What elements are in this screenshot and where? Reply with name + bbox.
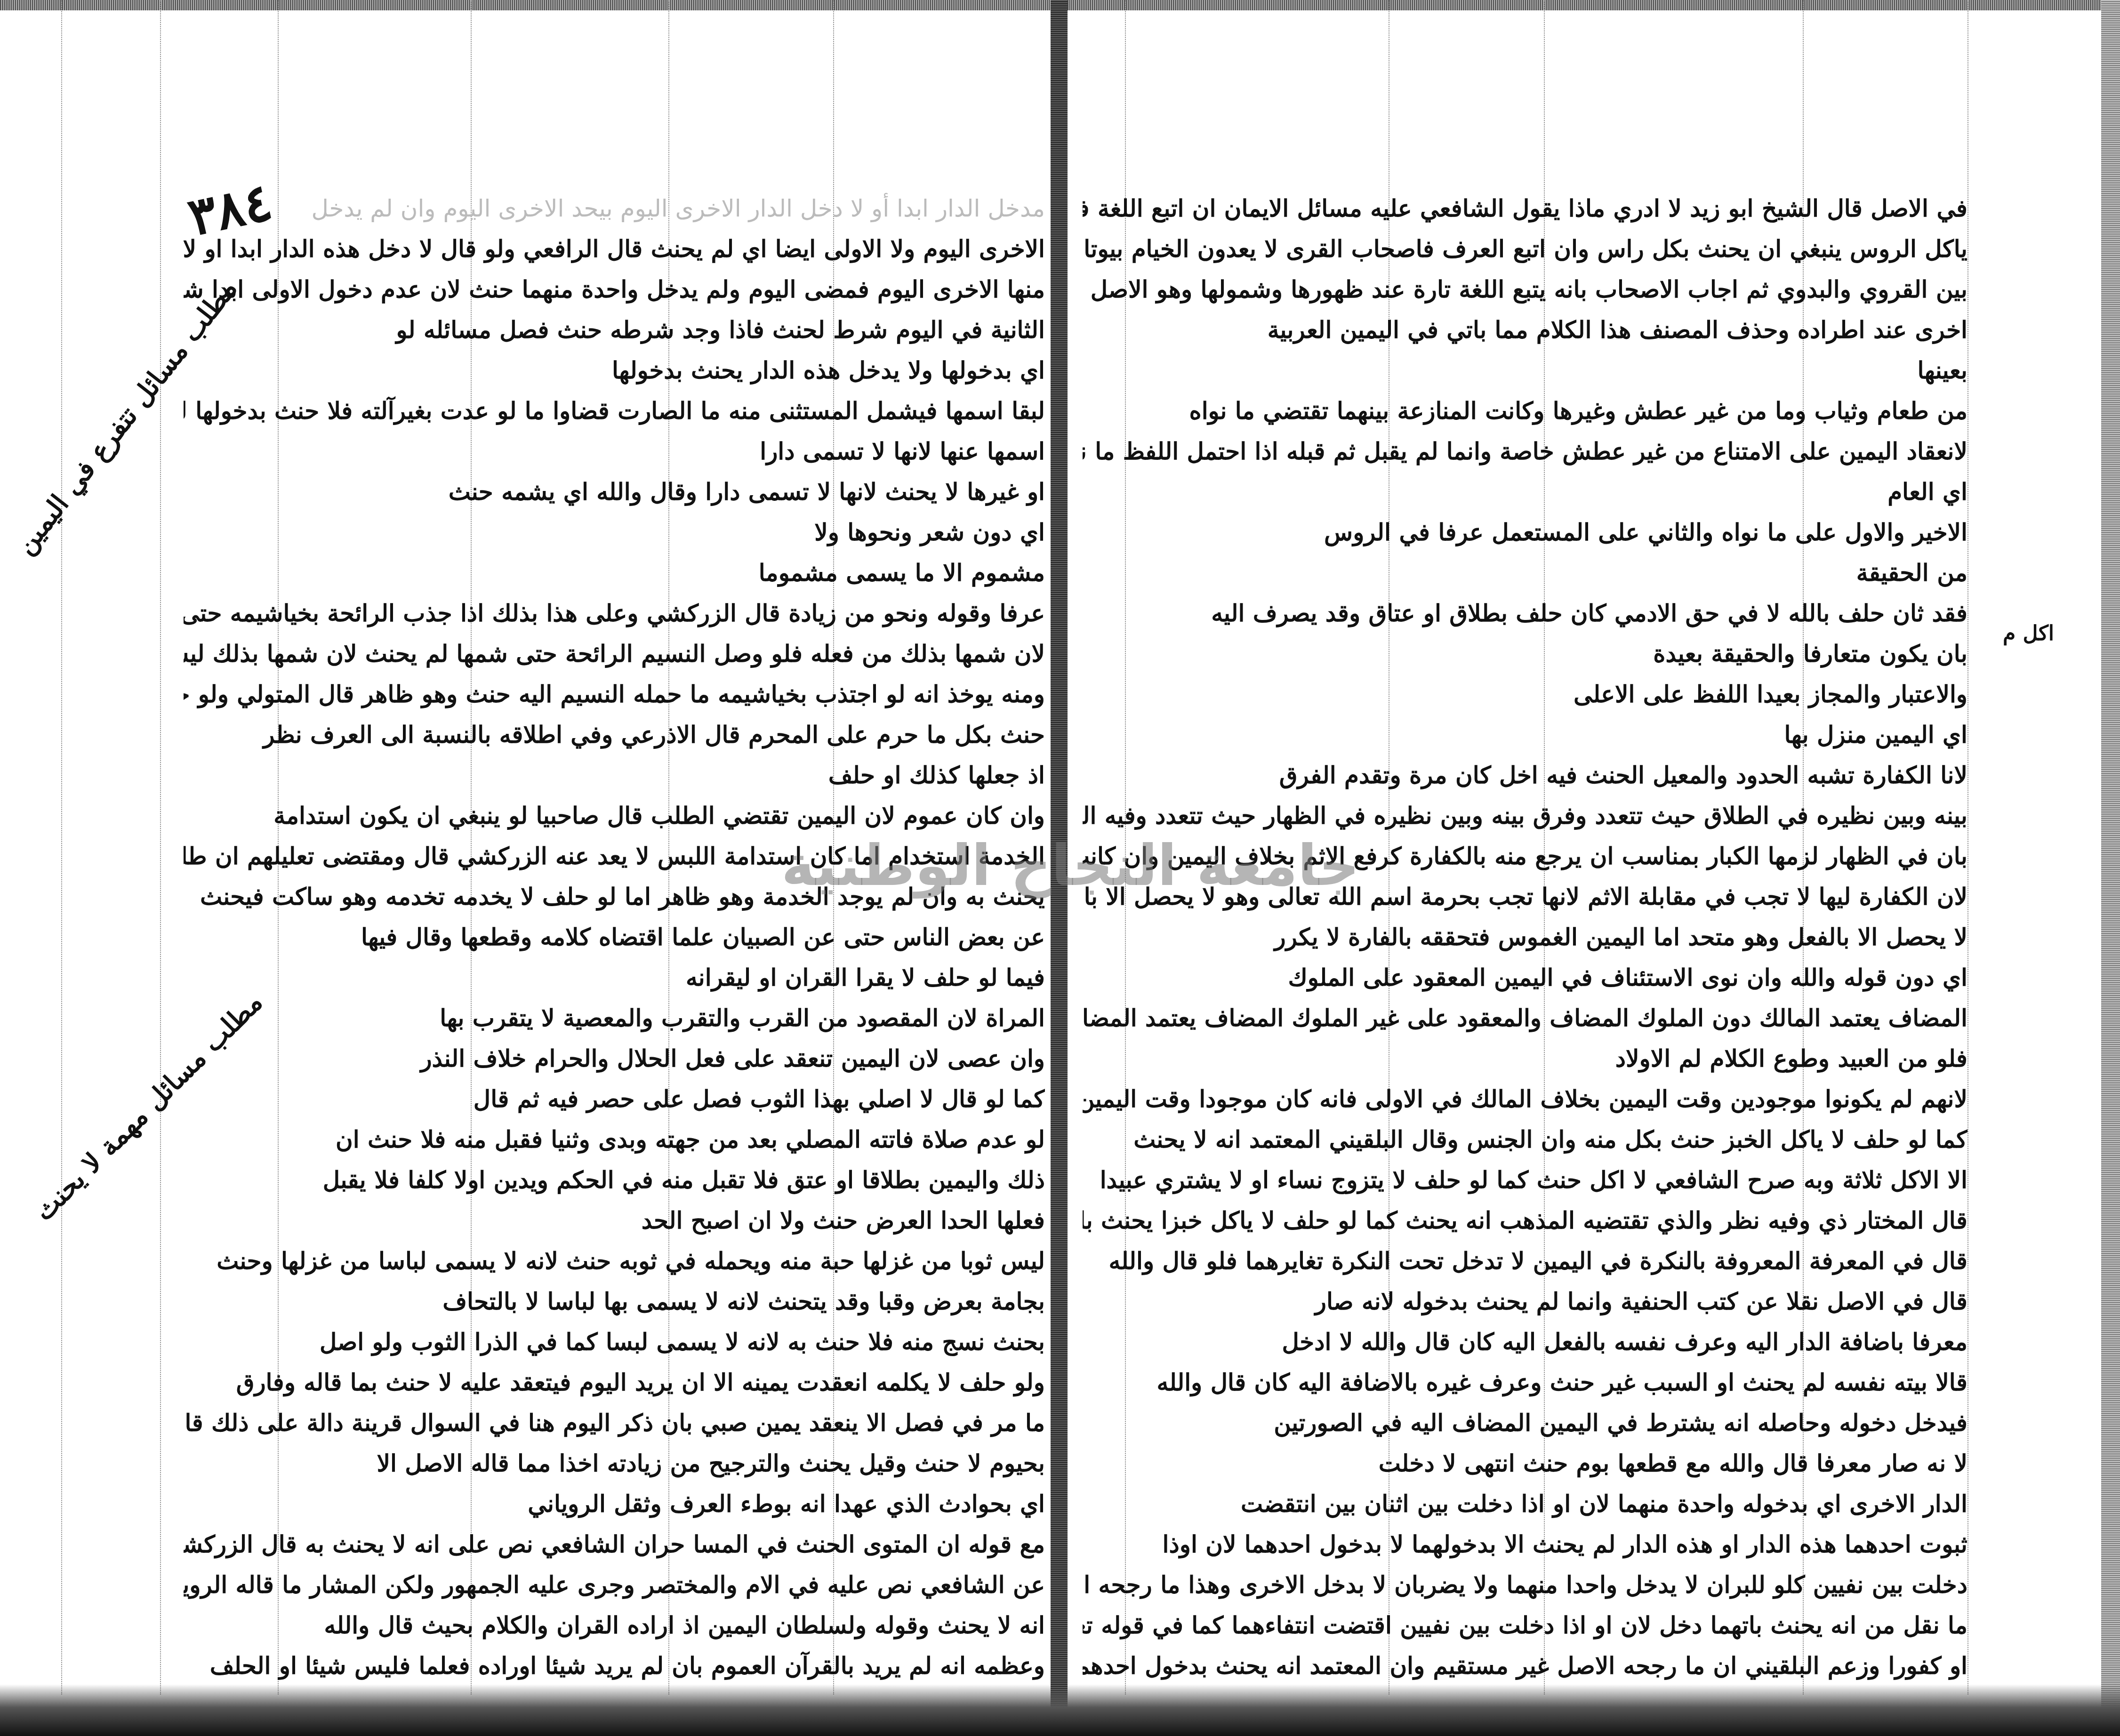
- manuscript-line: بحيوم لا حنث وقيل يحنث والترجيح من زيادت…: [184, 1443, 1045, 1484]
- manuscript-line: من طعام وثياب وما من غير عطش وغيرها وكان…: [1083, 391, 1967, 431]
- manuscript-line: الدار الاخرى اي بدخوله واحدة منهما لان ا…: [1083, 1484, 1967, 1524]
- manuscript-line: اسمها عنها لانها لا تسمى دارا: [184, 431, 1045, 472]
- manuscript-line: قال في الاصل نقلا عن كتب الحنفية وانما ل…: [1083, 1281, 1967, 1322]
- manuscript-line: بان يكون متعارفا والحقيقة بعيدة: [1083, 634, 1967, 674]
- ruling-line: [160, 0, 161, 1695]
- manuscript-line: فيما لو حلف لا يقرا القران او ليقرانه: [184, 957, 1045, 998]
- manuscript-line: من الحقيقة: [1083, 553, 1967, 593]
- watermark: جامعة النجاح الوطنية: [781, 833, 1359, 899]
- manuscript-line: فيدخل دخوله وحاصله انه يشترط في اليمين ا…: [1083, 1403, 1967, 1443]
- manuscript-line: ولو حلف لا يكلمه انعقدت يمينه الا ان يري…: [184, 1362, 1045, 1403]
- manuscript-line: اي العام: [1083, 472, 1967, 512]
- manuscript-line: قال المختار ذي وفيه نظر والذي تقتضيه الم…: [1083, 1200, 1967, 1241]
- manuscript-line: لان شمها بذلك من فعله فلو وصل النسيم الر…: [184, 634, 1045, 674]
- manuscript-line: الثانية في اليوم شرط لحنث فاذا وجد شرطه …: [184, 310, 1045, 350]
- manuscript-scan: ٣٨٤ مطلب مسائل تتفرع في اليمين مطلب مسائ…: [0, 0, 2120, 1736]
- manuscript-line: الاخرى اليوم ولا الاولى ايضا اي لم يحنث …: [184, 229, 1045, 269]
- manuscript-line: لانا الكفارة تشبه الحدود والمعيل الحنث ف…: [1083, 755, 1967, 796]
- left-page-text: مدخل الدار ابدا أو لا دخل الدار الاخرى ا…: [184, 188, 1045, 1686]
- manuscript-line: الاخير والاول على ما نواه والثاني على ال…: [1083, 512, 1967, 553]
- manuscript-line: المضاف يعتمد المالك دون الملوك المضاف وا…: [1083, 998, 1967, 1038]
- manuscript-line: اي دون قوله والله وان نوى الاستئناف في ا…: [1083, 957, 1967, 998]
- scan-bottom-edge: [0, 1684, 2120, 1736]
- manuscript-line: حنث بكل ما حرم على المحرم قال الاذرعي وف…: [184, 715, 1045, 755]
- manuscript-line: فلو من العبيد وطوع الكلام لم الاولاد: [1083, 1038, 1967, 1079]
- manuscript-line: المراة لان المقصود من القرب والتقرب والم…: [184, 998, 1045, 1038]
- manuscript-line: قالا بيته نفسه لم يحنث او السبب غير حنث …: [1083, 1362, 1967, 1403]
- margin-note: اكل م: [2003, 621, 2054, 645]
- manuscript-line: بعينها: [1083, 350, 1967, 391]
- manuscript-line: لبقا اسمها فيشمل المستثنى منه ما الصارت …: [184, 391, 1045, 431]
- manuscript-line: دخلت بين نفيين كلو للبران لا يدخل واحدا …: [1083, 1565, 1967, 1605]
- manuscript-line: بجامة بعرض وقبا وقد يتحنث لانه لا يسمى ب…: [184, 1281, 1045, 1322]
- manuscript-line: او غيرها لا يحنث لانها لا تسمى دارا وقال…: [184, 472, 1045, 512]
- scan-right-edge: [2101, 0, 2120, 1736]
- manuscript-line: عن بعض الناس حتى عن الصبيان علما اقتضاه …: [184, 917, 1045, 957]
- manuscript-line: منها الاخرى اليوم فمضى اليوم ولم يدخل وا…: [184, 269, 1045, 310]
- manuscript-line: ياكل الروس ينبغي ان يحنث بكل راس وان اتب…: [1083, 229, 1967, 269]
- manuscript-line: والاعتبار والمجاز بعيدا اللفظ على الاعلى: [1083, 674, 1967, 715]
- manuscript-line: لانهم لم يكونوا موجودين وقت اليمين بخلاف…: [1083, 1079, 1967, 1119]
- manuscript-line: او كفورا وزعم البلقيني ان ما رجحه الاصل …: [1083, 1646, 1967, 1686]
- manuscript-line: كما لو حلف لا ياكل الخبز حنث بكل منه وان…: [1083, 1119, 1967, 1160]
- manuscript-line: مشموم الا ما يسمى مشموما: [184, 553, 1045, 593]
- ruling-line: [61, 0, 62, 1695]
- manuscript-line: اي اليمين منزل بها: [1083, 715, 1967, 755]
- manuscript-line: ذلك واليمين بطلاقا او عتق فلا تقبل منه ف…: [184, 1160, 1045, 1200]
- manuscript-line: لو عدم صلاة فاتته المصلي بعد من جهته وبد…: [184, 1119, 1045, 1160]
- manuscript-line: في الاصل قال الشيخ ابو زيد لا ادري ماذا …: [1083, 188, 1967, 229]
- manuscript-line: وعظمه انه لم يريد بالقرآن العموم بان لم …: [184, 1646, 1045, 1686]
- manuscript-line: كما لو قال لا اصلي بهذا الثوب فصل على حص…: [184, 1079, 1045, 1119]
- manuscript-line: ما نقل من انه يحنث باتهما دخل لان او اذا…: [1083, 1605, 1967, 1646]
- manuscript-line: ليس ثوبا من غزلها حبة منه ويحمله في ثوبه…: [184, 1241, 1045, 1281]
- manuscript-line: بين القروي والبدوي ثم اجاب الاصحاب بانه …: [1083, 269, 1967, 310]
- manuscript-line: لا نه صار معرفا قال والله مع قطعها بوم ح…: [1083, 1443, 1967, 1484]
- manuscript-line: ومنه يوخذ انه لو اجتذب بخياشيمه ما حمله …: [184, 674, 1045, 715]
- manuscript-line: قال في المعرفة المعروفة بالنكرة في اليمي…: [1083, 1241, 1967, 1281]
- manuscript-line: الا الاكل ثلاثة وبه صرح الشافعي لا اكل ح…: [1083, 1160, 1967, 1200]
- manuscript-line: مدخل الدار ابدا أو لا دخل الدار الاخرى ا…: [184, 188, 1045, 229]
- manuscript-line: مع قوله ان المتوى الحنث في المسا حران ال…: [184, 1524, 1045, 1565]
- manuscript-line: فقد ثان حلف بالله لا في حق الادمي كان حل…: [1083, 593, 1967, 634]
- manuscript-line: ما مر في فصل الا ينعقد يمين صبي بان ذكر …: [184, 1403, 1045, 1443]
- manuscript-line: وان كان عموم لان اليمين تقتضي الطلب قال …: [184, 796, 1045, 836]
- manuscript-line: لانعقاد اليمين على الامتناع من غير عطش خ…: [1083, 431, 1967, 472]
- manuscript-line: معرفا باضافة الدار اليه وعرف نفسه بالفعل…: [1083, 1322, 1967, 1362]
- manuscript-line: عن الشافعي نص عليه في الام والمختصر وجرى…: [184, 1565, 1045, 1605]
- manuscript-line: وان عصى لان اليمين تنعقد على فعل الحلال …: [184, 1038, 1045, 1079]
- manuscript-line: انه لا يحنث وقوله ولسلطان اليمين اذ اراد…: [184, 1605, 1045, 1646]
- manuscript-line: اي دون شعر ونحوها ولا: [184, 512, 1045, 553]
- manuscript-line: لا يحصل الا بالفعل وهو متحد اما اليمين ا…: [1083, 917, 1967, 957]
- manuscript-line: بينه وبين نظيره في الطلاق حيث تتعدد وفرق…: [1083, 796, 1967, 836]
- ruling-line: [1967, 0, 1968, 1695]
- manuscript-line: بحنث نسج منه فلا حنث به لانه لا يسمى لبس…: [184, 1322, 1045, 1362]
- manuscript-line: اي بدخولها ولا يدخل هذه الدار يحنث بدخول…: [184, 350, 1045, 391]
- right-page-text: في الاصل قال الشيخ ابو زيد لا ادري ماذا …: [1083, 188, 1967, 1686]
- manuscript-line: فعلها الحدا العرض حنث ولا ان اصبح الحد: [184, 1200, 1045, 1241]
- manuscript-line: عرفا وقوله ونحو من زيادة قال الزركشي وعل…: [184, 593, 1045, 634]
- manuscript-line: اخرى عند اطراده وحذف المصنف هذا الكلام م…: [1083, 310, 1967, 350]
- manuscript-line: اي بحوادث الذي عهدا انه بوطء العرف وثقل …: [184, 1484, 1045, 1524]
- manuscript-line: اذ جعلها كذلك او حلف: [184, 755, 1045, 796]
- manuscript-line: ثبوت احدهما هذه الدار او هذه الدار لم يح…: [1083, 1524, 1967, 1565]
